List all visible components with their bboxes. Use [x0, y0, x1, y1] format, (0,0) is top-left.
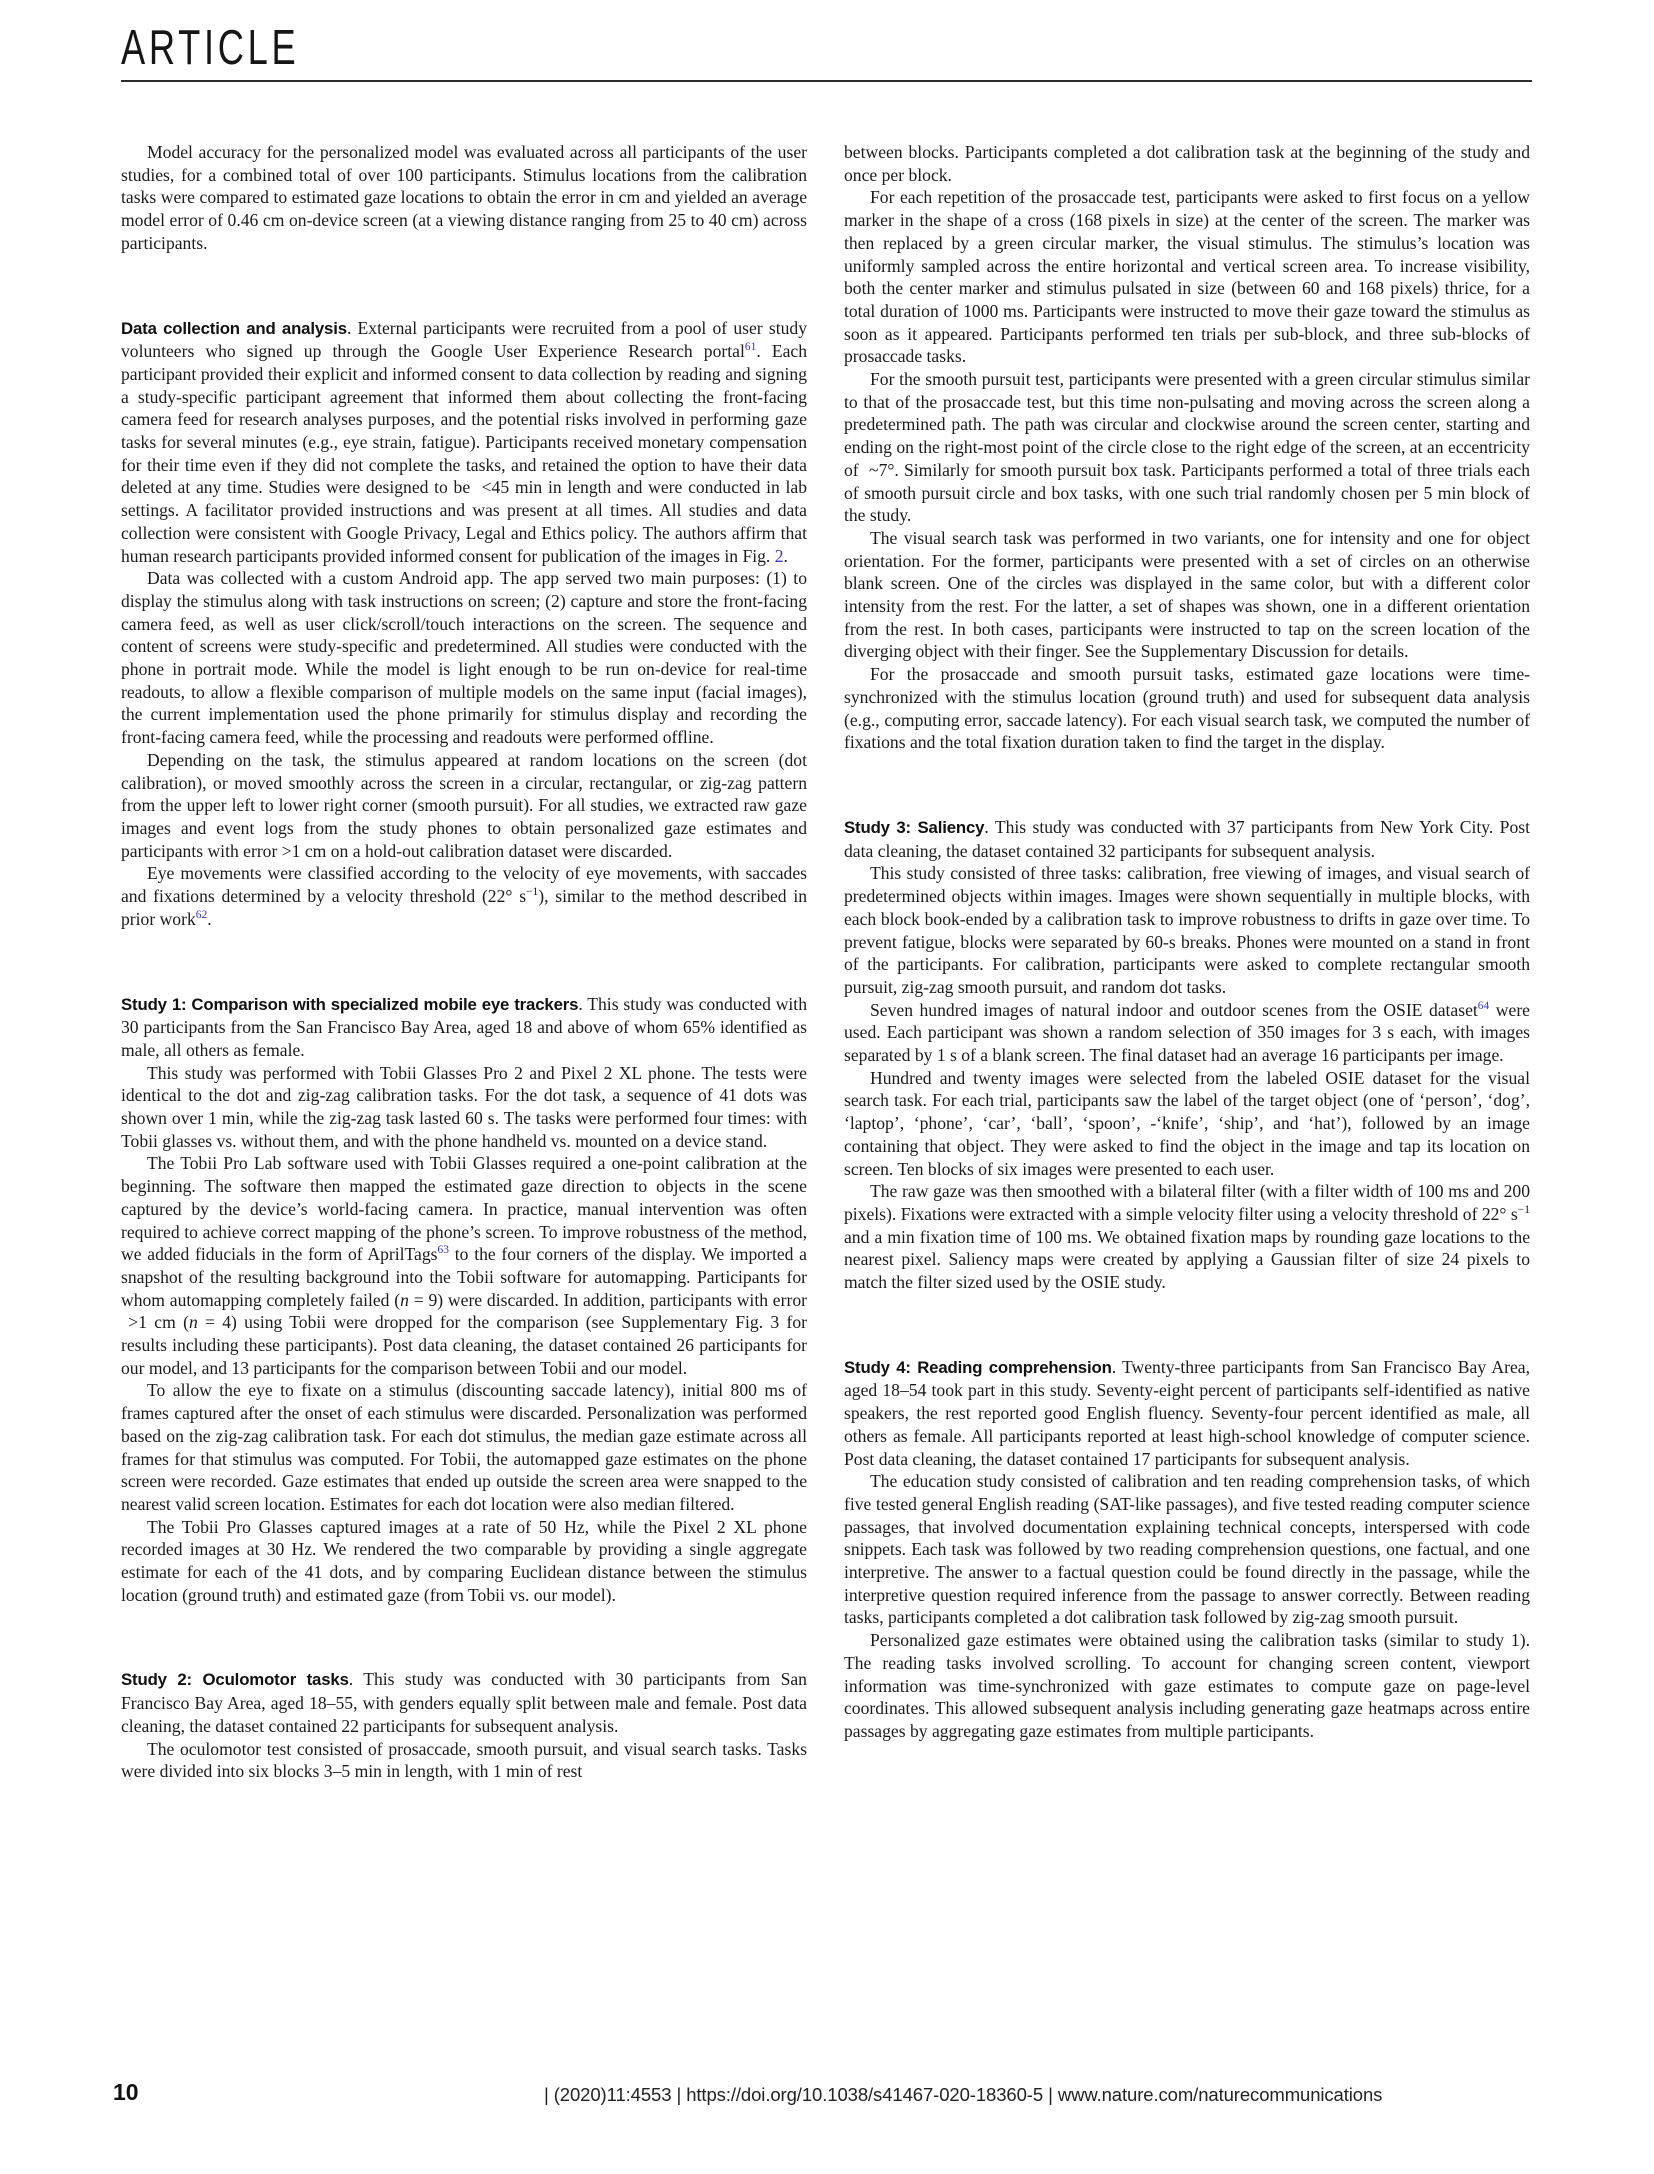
- footer-citation: | (2020)11:4553 | https://doi.org/10.103…: [544, 2084, 1382, 2106]
- paragraph: For the prosaccade and smooth pursuit ta…: [844, 663, 1530, 754]
- paragraph: between blocks. Participants completed a…: [844, 141, 1530, 186]
- superscript-exponent: −1: [526, 886, 538, 898]
- reference-link[interactable]: 61: [745, 341, 757, 353]
- run-in-heading: Study 3: Saliency: [844, 818, 984, 837]
- text-run: For the smooth pursuit test, participant…: [844, 369, 1530, 525]
- paragraph: The Tobii Pro Glasses captured images at…: [121, 1516, 807, 1607]
- reference-link[interactable]: 62: [196, 909, 208, 921]
- run-in-heading: Data collection and analysis: [121, 319, 347, 338]
- paragraph: The visual search task was performed in …: [844, 527, 1530, 663]
- paragraph: Seven hundred images of natural indoor a…: [844, 999, 1530, 1067]
- text-run: Model accuracy for the personalized mode…: [121, 142, 807, 253]
- section-paragraph: Study 3: Saliency. This study was conduc…: [844, 816, 1530, 862]
- text-run: Personalized gaze estimates were obtaine…: [844, 1630, 1530, 1741]
- text-run: For the prosaccade and smooth pursuit ta…: [844, 664, 1530, 752]
- text-run: Depending on the task, the stimulus appe…: [121, 750, 807, 861]
- text-run: . Each participant provided their explic…: [121, 341, 807, 565]
- paragraph: Depending on the task, the stimulus appe…: [121, 749, 807, 863]
- figure-link[interactable]: 2: [775, 546, 784, 566]
- section-paragraph: Data collection and analysis. External p…: [121, 317, 807, 568]
- paragraph: For each repetition of the prosaccade te…: [844, 186, 1530, 368]
- superscript-exponent: −1: [1518, 1204, 1530, 1216]
- text-run: Hundred and twenty images were selected …: [844, 1068, 1530, 1179]
- run-in-heading: Study 2: Oculomotor tasks: [121, 1670, 349, 1689]
- text-run: .: [207, 909, 211, 929]
- header-rule: [121, 80, 1532, 82]
- text-run: n: [400, 1290, 409, 1310]
- right-column: between blocks. Participants completed a…: [844, 141, 1530, 1743]
- page-title: ARTICLE: [121, 20, 299, 76]
- run-in-heading: Study 1: Comparison with specialized mob…: [121, 995, 578, 1014]
- paragraph: Personalized gaze estimates were obtaine…: [844, 1629, 1530, 1743]
- text-run: and a min fixation time of 100 ms. We ob…: [844, 1227, 1530, 1292]
- section-paragraph: Study 1: Comparison with specialized mob…: [121, 993, 807, 1062]
- text-run: This study was performed with Tobii Glas…: [121, 1063, 807, 1151]
- paragraph: This study consisted of three tasks: cal…: [844, 862, 1530, 998]
- text-run: This study consisted of three tasks: cal…: [844, 863, 1530, 997]
- text-run: The raw gaze was then smoothed with a bi…: [844, 1181, 1530, 1224]
- run-in-heading: Study 4: Reading comprehension: [844, 1358, 1112, 1377]
- text-run: Seven hundred images of natural indoor a…: [870, 1000, 1478, 1020]
- paragraph: The education study consisted of calibra…: [844, 1470, 1530, 1629]
- text-run: The oculomotor test consisted of prosacc…: [121, 1739, 807, 1782]
- text-run: = 4) using Tobii were dropped for the co…: [121, 1312, 807, 1377]
- reference-link[interactable]: 63: [438, 1244, 450, 1256]
- section-paragraph: Study 2: Oculomotor tasks. This study wa…: [121, 1668, 807, 1737]
- paragraph: This study was performed with Tobii Glas…: [121, 1062, 807, 1153]
- reference-link[interactable]: 64: [1478, 1000, 1490, 1012]
- section-paragraph: Study 4: Reading comprehension. Twenty-t…: [844, 1356, 1530, 1471]
- paragraph: To allow the eye to fixate on a stimulus…: [121, 1379, 807, 1515]
- paragraph: Hundred and twenty images were selected …: [844, 1067, 1530, 1181]
- paragraph: Model accuracy for the personalized mode…: [121, 141, 807, 255]
- paragraph: The oculomotor test consisted of prosacc…: [121, 1738, 807, 1783]
- text-run: For each repetition of the prosaccade te…: [844, 187, 1530, 366]
- text-run: .: [784, 546, 788, 566]
- text-run: n: [189, 1312, 198, 1332]
- text-run: The Tobii Pro Glasses captured images at…: [121, 1517, 807, 1605]
- paragraph: The Tobii Pro Lab software used with Tob…: [121, 1152, 807, 1379]
- page-number: 10: [113, 2079, 139, 2106]
- paragraph: The raw gaze was then smoothed with a bi…: [844, 1180, 1530, 1294]
- paragraph: For the smooth pursuit test, participant…: [844, 368, 1530, 527]
- text-run: The visual search task was performed in …: [844, 528, 1530, 662]
- text-run: between blocks. Participants completed a…: [844, 142, 1530, 185]
- paragraph: Eye movements were classified according …: [121, 862, 807, 930]
- text-run: The education study consisted of calibra…: [844, 1471, 1530, 1627]
- paragraph: Data was collected with a custom Android…: [121, 567, 807, 749]
- left-column: Model accuracy for the personalized mode…: [121, 141, 807, 1783]
- text-run: Data was collected with a custom Android…: [121, 568, 807, 747]
- text-run: To allow the eye to fixate on a stimulus…: [121, 1380, 807, 1514]
